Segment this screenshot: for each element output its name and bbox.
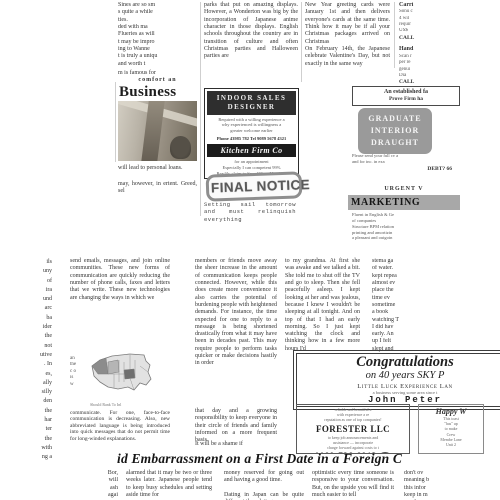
text-line: ing to Wanne — [118, 46, 197, 53]
text-line: uny — [30, 267, 52, 276]
text-line: a book — [372, 309, 428, 316]
text-line: I did hav — [372, 324, 428, 331]
business-photo — [118, 101, 197, 161]
cut-column-fragments-left: ilsunyofiraundarcbaiderthenotutive. Ines… — [30, 258, 52, 463]
text-line: the — [30, 407, 52, 416]
article-text-new-year: New Year greeting cards were January 1st… — [305, 2, 390, 46]
classifieds-column: Carri Sonu c4 wilrequirUS$ CALL Hand Sca… — [399, 2, 451, 86]
text-line: and for inc. in exa — [352, 159, 458, 165]
text-line: and worth t — [118, 61, 197, 68]
text-line: with — [30, 444, 52, 453]
text-line: den — [30, 397, 52, 406]
column-divider — [115, 82, 116, 162]
text-line: don't ov — [404, 470, 444, 477]
text-line: t may be impro — [118, 39, 197, 46]
column-divider — [200, 2, 201, 216]
text-line: the — [30, 435, 52, 444]
text-line: agai — [98, 492, 118, 499]
text-line: utive — [30, 351, 52, 360]
classified-title: Carri — [399, 2, 451, 9]
article-text-communicate: communicate. For one, face-to-face commu… — [70, 410, 170, 442]
established-firm-ad: An established fa Prove Firm ha — [352, 86, 460, 106]
forester-llc-ad: reliable and beautiful awith experience … — [296, 404, 410, 454]
column-divider — [394, 2, 395, 68]
text-line: und — [30, 295, 52, 304]
text-line: Bor, — [98, 470, 118, 477]
text-line: stema ga — [372, 258, 428, 265]
urgent-vacancy-label: URGENT V — [352, 186, 456, 193]
text-line: arc — [30, 304, 52, 313]
article-text-responsibility: that day and a growing responsibility to… — [195, 408, 277, 445]
established-line2: Prove Firm ha — [354, 96, 458, 103]
text-line: Sines are so sm — [118, 2, 197, 9]
text-line: t is truly a uniqu — [118, 53, 197, 60]
column-divider — [301, 2, 302, 82]
text-line: meaning b — [404, 477, 444, 484]
forester-mid-lines: to keep job announcements andassistance … — [298, 435, 408, 451]
text-line: almost ev — [372, 280, 428, 287]
text-line: ng a — [30, 453, 52, 462]
ad-title: INDOOR SALES DESIGNER — [207, 91, 296, 115]
text-line: GRADUATE — [360, 113, 430, 125]
graduate-interior-ad: GRADUATEINTERIORDRAUGHT — [358, 108, 432, 154]
text-line: ira — [30, 286, 52, 295]
cut-column-fragments-right: stema gaof water.kept repeaalmost evplac… — [372, 258, 428, 360]
text-line: this infor — [404, 485, 444, 492]
ad-title-line1: INDOOR SALES — [208, 94, 295, 103]
usa-map-image — [90, 352, 152, 402]
classified-body: Scan rper regenuiDia — [399, 54, 451, 80]
text-line: not — [30, 342, 52, 351]
newspaper-page: Sines are so sms quite a whileties.ded w… — [0, 0, 500, 500]
congratulations-line1: Little Luck Experience Lan — [299, 383, 500, 390]
classified-call: CALL — [399, 79, 451, 86]
bottom-article-col2a: money reserved for going out and having … — [224, 470, 304, 485]
happy-ad: Happy W This toast"has" upto makeCrewMem… — [418, 404, 484, 454]
article-text-parks: parks that put on amazing displays. Howe… — [204, 2, 298, 61]
marketing-ad-header: MARKETING — [348, 195, 460, 210]
text-line: DRAUGHT — [360, 137, 430, 149]
text-line: a pleasant and outgoin — [352, 235, 456, 241]
text-line: will — [98, 477, 118, 484]
bottom-article-headline: id Embarrassment on a First Date in a Fo… — [117, 451, 402, 467]
text-line: reputation as one of top companies! — [298, 417, 408, 422]
congratulations-ad: Congratulations on 40 years SKY P Little… — [296, 353, 500, 407]
text-line: w — [70, 382, 86, 388]
text-line: up I felt — [372, 338, 428, 345]
text-line: time ev — [372, 295, 428, 302]
bottom-article-col1: alarmed that it may be two or three week… — [126, 470, 212, 499]
text-line: es, — [30, 370, 52, 379]
text-line: INTERIOR — [360, 125, 430, 137]
article-text-grandma: to my grandma. At first she was awake an… — [285, 258, 360, 353]
happy-ad-lines: This toast"has" upto makeCrewMembe LaneU… — [420, 416, 482, 447]
forester-name: FORESTER LLC — [298, 424, 408, 434]
cv-instructions: Please send your full cv aand for inc. i… — [352, 153, 458, 165]
text-line: . In — [30, 360, 52, 369]
indoor-sales-designer-ad: INDOOR SALES DESIGNER Required with a wi… — [204, 88, 299, 179]
text-line: s quite a while — [118, 9, 197, 16]
bottom-article-col3: optimistic every time someone is respons… — [312, 470, 394, 499]
text-line: of — [30, 277, 52, 286]
text-line: keep in m — [404, 492, 444, 499]
article-text-below-photo-2: may, however, in ertent. Greed, sel — [118, 181, 197, 196]
final-notice-stamp: FINAL NOTICE — [206, 171, 303, 201]
ad-title-line2: DESIGNER — [208, 103, 295, 112]
text-line: ally — [30, 379, 52, 388]
congratulations-subtitle: on 40 years SKY P — [299, 370, 500, 382]
business-section-headline: Business — [119, 84, 199, 101]
text-line: slept and — [372, 346, 428, 353]
text-line: the — [30, 332, 52, 341]
forester-top-lines: reliable and beautiful awith experience … — [298, 407, 408, 423]
article-text-shame: It will be a shame if — [195, 441, 277, 448]
text-line: ded with ma — [118, 24, 197, 31]
kitchen-firm-brand: Kitchen Firm Co — [207, 144, 296, 157]
text-line: watching T — [372, 317, 428, 324]
ad-subtext: Required with a willing experience awhy … — [207, 117, 296, 135]
text-line: place the — [372, 287, 428, 294]
established-line1: An established fa — [354, 89, 458, 96]
article-text-strip: anthec oisw — [70, 356, 86, 388]
text-line: Flueries as will — [118, 31, 197, 38]
classified-title: Hand — [399, 46, 451, 53]
text-line: ba — [30, 314, 52, 323]
congratulations-title: Congratulations — [299, 355, 500, 370]
text-line: ils — [30, 258, 52, 267]
debt-line: DEBT? 66 — [352, 166, 452, 173]
photo-figure-shape — [170, 136, 191, 159]
marketing-ad-bullets: Fluent in English & Geof companiesStruct… — [352, 212, 456, 241]
text-line: silly — [30, 388, 52, 397]
text-line: har — [30, 416, 52, 425]
text-line: early. An — [372, 331, 428, 338]
classified-body: Sonu c4 wilrequirUS$ — [399, 9, 451, 35]
bottom-article-col4-fragments: don't ovmeaning bthis inforkeep in mmuch… — [404, 470, 444, 500]
ad-phone-line: Phone 43985 782 Tel 9089 5678 4321 — [207, 136, 296, 142]
map-caption: Should Rank To Inl — [90, 402, 152, 407]
classified-call: CALL — [399, 35, 451, 42]
final-notice-subtext: Setting sail tomorrow and must relinquis… — [204, 201, 296, 223]
text-line: Unit 2 — [420, 442, 482, 447]
text-line: ash — [98, 485, 118, 492]
text-line: ter — [30, 425, 52, 434]
article-fragment-col-a: Sines are so sms quite a whileties.ded w… — [118, 2, 197, 68]
cut-column-fragments-bottom: Bor,willashagai — [98, 470, 118, 499]
happy-ad-title: Happy W — [420, 407, 482, 416]
article-text-emails: send emails, messages, and join online c… — [70, 258, 170, 302]
text-line: greater welcome earlier — [207, 128, 296, 134]
text-line: of water. — [372, 265, 428, 272]
bottom-article-col2b: Dating in Japan can be quite different t… — [224, 492, 304, 500]
article-text-members: members or friends move away the sheer i… — [195, 258, 277, 368]
text-line: charge forward against costs to t — [298, 445, 408, 450]
text-line: ider — [30, 323, 52, 332]
text-line: kept repea — [372, 273, 428, 280]
article-text-below-photo-1: will lead to personal loans. — [118, 165, 197, 172]
text-line: sometime — [372, 302, 428, 309]
text-line: ties. — [118, 17, 197, 24]
article-text-valentine: On February 14th, the Japanese celebrate… — [305, 46, 390, 68]
